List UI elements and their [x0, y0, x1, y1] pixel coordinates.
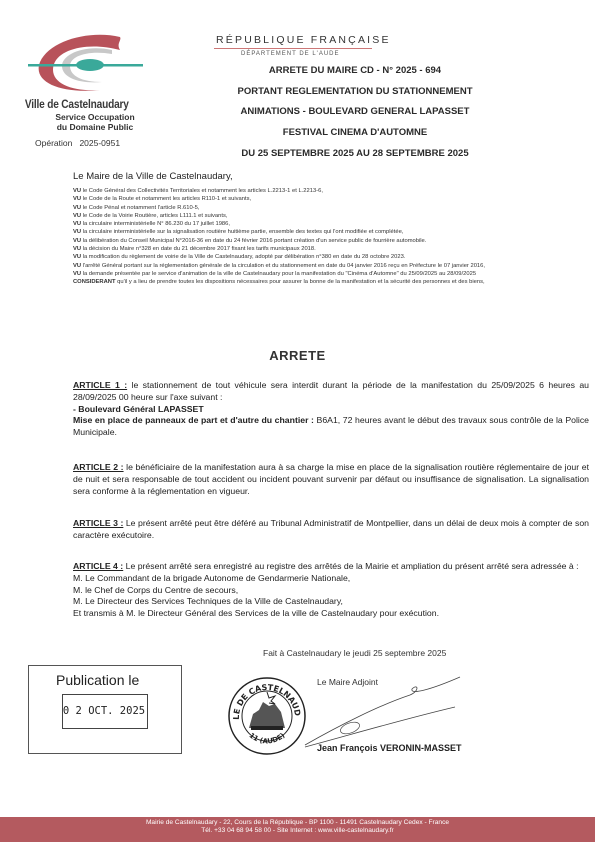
vu-item: VU l'arrêté Général portant sur la régle…: [73, 262, 591, 270]
departement: DÉPARTEMENT DE L'AUDE: [241, 51, 340, 57]
footer-address: Mairie de Castelnaudary - 22, Cours de l…: [0, 819, 595, 827]
logo-service-line1: Service Occupation: [40, 112, 150, 122]
publication-date: 0 2 OCT. 2025: [62, 705, 146, 717]
vu-item: VU le Code de la Voirie Routière, articl…: [73, 212, 591, 220]
vu-item: VU le Code de la Route et notamment les …: [73, 195, 591, 203]
article-2: ARTICLE 2 : le bénéficiaire de la manife…: [73, 462, 589, 497]
fait-a: Fait à Castelnaudary le jeudi 25 septemb…: [263, 648, 446, 658]
vu-item: VU le Code Général des Collectivités Ter…: [73, 187, 591, 195]
article-1: ARTICLE 1 : le stationnement de tout véh…: [73, 380, 589, 439]
operation-number: Opération 2025-0951: [35, 138, 120, 148]
logo-city-name: Ville de Castelnaudary: [24, 99, 130, 111]
republique-francaise: RÉPUBLIQUE FRANÇAISE: [216, 34, 391, 46]
signer-name: Jean François VERONIN-MASSET: [317, 743, 462, 753]
publication-label: Publication le: [56, 672, 139, 688]
arrete-subject: PORTANT REGLEMENTATION DU STATIONNEMENT: [180, 86, 530, 97]
maire-intro: Le Maire de la Ville de Castelnaudary,: [73, 171, 233, 182]
arrete-dates: DU 25 SEPTEMBRE 2025 AU 28 SEPTEMBRE 202…: [180, 148, 530, 159]
arrete-number: ARRETE DU MAIRE CD - N° 2025 - 694: [180, 65, 530, 76]
vu-item: VU la circulaire interministérielle sur …: [73, 228, 591, 236]
footer-contact: Tél. +33 04 68 94 58 00 - Site Internet …: [0, 827, 595, 835]
vu-item: CONSIDERANT qu'il y a lieu de prendre to…: [73, 278, 591, 286]
vu-item: VU le Code Pénal et notamment l'article …: [73, 204, 591, 212]
handwritten-signature-icon: [300, 665, 470, 755]
recipient: M. Le Directeur des Services Techniques …: [73, 596, 343, 606]
recipient: M. Le Commandant de la brigade Autonome …: [73, 573, 350, 583]
vu-list: VU le Code Général des Collectivités Ter…: [73, 187, 591, 287]
header-divider: [214, 48, 372, 49]
arrete-heading: ARRETE: [0, 348, 595, 363]
article-3: ARTICLE 3 : Le présent arrêté peut être …: [73, 518, 589, 542]
article-4: ARTICLE 4 : Le présent arrêté sera enreg…: [73, 561, 589, 620]
city-seal-icon: VILLE DE CASTELNAUDARY 11 (AUDE): [227, 676, 307, 756]
vu-item: VU la circulaire interministérielle N° 8…: [73, 220, 591, 228]
svg-text:11 (AUDE): 11 (AUDE): [248, 731, 287, 745]
arrete-event: FESTIVAL CINEMA D'AUTOMNE: [180, 127, 530, 138]
vu-item: VU la délibération du Conseil Municipal …: [73, 237, 591, 245]
recipient: Et transmis à M. le Directeur Général de…: [73, 608, 439, 618]
vu-item: VU la demande présentée par le service d…: [73, 270, 591, 278]
vu-item: VU la décision du Maire n°328 en date du…: [73, 245, 591, 253]
logo-service-line2: du Domaine Public: [40, 122, 150, 132]
arrete-location: ANIMATIONS - BOULEVARD GENERAL LAPASSET: [180, 106, 530, 117]
recipient: M. le Chef de Corps du Centre de secours…: [73, 585, 238, 595]
castelnaudary-logo-icon: [20, 32, 145, 97]
vu-item: VU la modification du règlement de voiri…: [73, 253, 591, 261]
